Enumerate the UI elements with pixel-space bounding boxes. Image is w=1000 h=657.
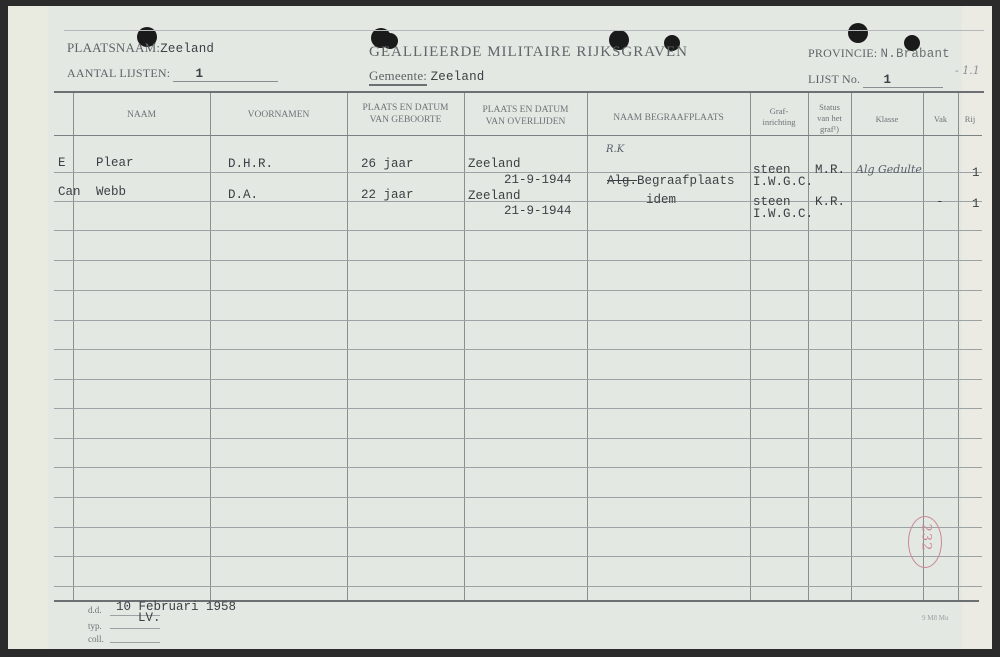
plaatsnaam-field: PLAATSNAAM:Zeeland bbox=[67, 40, 214, 56]
column-divider bbox=[464, 93, 465, 600]
row-1-grafinrichting-2: I.W.G.C. bbox=[753, 175, 813, 189]
provincie-label: PROVINCIE: bbox=[808, 46, 877, 60]
row-line bbox=[54, 438, 982, 439]
row-2-grafinrichting-2: I.W.G.C. bbox=[753, 207, 813, 221]
struck-text: Alg. bbox=[607, 174, 637, 188]
gemeente-label: Gemeente: bbox=[369, 68, 427, 86]
column-divider bbox=[347, 93, 348, 600]
column-header-overlijden: PLAATS EN DATUM VAN OVERLIJDEN bbox=[464, 104, 587, 128]
row-2-status: K.R. bbox=[815, 195, 845, 209]
header-line: graf¹) bbox=[808, 124, 851, 135]
provincie-field: PROVINCIE: N.Brabant bbox=[808, 46, 950, 61]
column-divider bbox=[808, 93, 809, 600]
column-divider bbox=[750, 93, 751, 600]
table-top-rule bbox=[54, 91, 984, 93]
lijst-value: 1 bbox=[863, 73, 943, 88]
gemeente-value: Zeeland bbox=[431, 70, 485, 84]
row-2-overlijden-date: 21-9-1944 bbox=[504, 204, 572, 218]
column-header-voornamen: VOORNAMEN bbox=[210, 109, 347, 121]
header-line: Status bbox=[808, 102, 851, 113]
row-line bbox=[54, 586, 982, 587]
row-line bbox=[54, 290, 982, 291]
scan-border bbox=[0, 649, 1000, 657]
header-line: PLAATS EN DATUM bbox=[347, 102, 464, 114]
row-1-overlijden-place: Zeeland bbox=[468, 157, 521, 171]
row-1-begraafplaats-annotation: R.K bbox=[606, 144, 624, 155]
coll-underline bbox=[110, 642, 160, 643]
typ-label: typ. bbox=[88, 621, 102, 631]
lijst-field: LIJST No. 1 bbox=[808, 72, 943, 88]
row-line bbox=[54, 527, 982, 528]
typ-underline bbox=[110, 628, 160, 629]
row-1-rij: 1 bbox=[972, 166, 980, 180]
row-2-prefix: Can bbox=[58, 185, 81, 199]
paper-edge bbox=[8, 6, 48, 649]
column-divider bbox=[851, 93, 852, 600]
row-2-overlijden-place: Zeeland bbox=[468, 189, 521, 203]
gemeente-field: Gemeente: Zeeland bbox=[369, 68, 484, 86]
row-1-overlijden-date: 21-9-1944 bbox=[504, 173, 572, 187]
margin-mark: - 1.1 bbox=[955, 64, 980, 77]
row-line bbox=[54, 320, 982, 321]
column-header-begraafplaats: NAAM BEGRAAFPLAATS bbox=[587, 112, 750, 124]
column-header-klasse: Klasse bbox=[851, 113, 923, 125]
document-title: GEALLIEERDE MILITAIRE RIJKSGRAVEN bbox=[369, 44, 688, 61]
row-1-prefix: E bbox=[58, 156, 66, 170]
top-rule bbox=[64, 30, 984, 31]
row-1-voornamen: D.H.R. bbox=[228, 157, 273, 171]
column-header-naam: NAAM bbox=[73, 109, 210, 121]
row-line bbox=[54, 408, 982, 409]
plaatsnaam-value: Zeeland bbox=[160, 42, 214, 56]
row-2-rij: 1 bbox=[972, 197, 980, 211]
row-2-naam: Webb bbox=[96, 185, 126, 199]
column-divider bbox=[587, 93, 588, 600]
column-divider bbox=[958, 93, 959, 600]
punch-hole bbox=[848, 23, 868, 43]
row-1-status: M.R. bbox=[815, 163, 845, 177]
header-line: Graf- bbox=[750, 106, 808, 117]
aantal-lijsten-field: AANTAL LIJSTEN: 1 bbox=[67, 66, 278, 82]
row-2-vak: - bbox=[936, 195, 944, 209]
header-bottom-rule bbox=[54, 135, 982, 136]
header-line: VAN GEBOORTE bbox=[347, 114, 464, 126]
row-line bbox=[54, 379, 982, 380]
row-1-geboorte: 26 jaar bbox=[361, 157, 414, 171]
row-2-voornamen: D.A. bbox=[228, 188, 258, 202]
dd-label: d.d. bbox=[88, 605, 102, 615]
column-divider bbox=[210, 93, 211, 600]
column-header-status: Status van het graf¹) bbox=[808, 102, 851, 135]
row-line bbox=[54, 497, 982, 498]
header-line: PLAATS EN DATUM bbox=[464, 104, 587, 116]
row-line bbox=[54, 556, 982, 557]
row-1-begraafplaats: Alg.Begraafplaats bbox=[592, 160, 735, 188]
header-line: inrichting bbox=[750, 117, 808, 128]
row-2-geboorte: 22 jaar bbox=[361, 188, 414, 202]
header-line: van het bbox=[808, 113, 851, 124]
paper-edge bbox=[962, 6, 992, 649]
row-line bbox=[54, 230, 982, 231]
dd-value: 10 Februari 1958 bbox=[116, 600, 236, 614]
aantal-lijsten-label: AANTAL LIJSTEN: bbox=[67, 66, 170, 80]
cemetery-name: Begraafplaats bbox=[637, 174, 735, 188]
aantal-lijsten-value: 1 bbox=[173, 67, 278, 82]
provincie-value: N.Brabant bbox=[881, 47, 950, 61]
row-line bbox=[54, 467, 982, 468]
typ-value: LV. bbox=[138, 611, 161, 625]
row-1-naam: Plear bbox=[96, 156, 134, 170]
column-divider bbox=[73, 93, 74, 600]
column-header-vak: Vak bbox=[923, 113, 958, 125]
row-line bbox=[54, 349, 982, 350]
column-header-geboorte: PLAATS EN DATUM VAN GEBOORTE bbox=[347, 102, 464, 126]
print-mark: 9 M8 Mu bbox=[922, 614, 948, 622]
row-line bbox=[54, 260, 982, 261]
stamp-number: 232 bbox=[918, 524, 933, 552]
header-line: VAN OVERLIJDEN bbox=[464, 116, 587, 128]
column-header-rij: Rij bbox=[958, 113, 982, 125]
coll-label: coll. bbox=[88, 634, 104, 644]
column-header-grafinrichting: Graf- inrichting bbox=[750, 106, 808, 128]
row-2-begraafplaats: idem bbox=[646, 193, 676, 207]
plaatsnaam-label: PLAATSNAAM: bbox=[67, 40, 160, 55]
row-1-klasse: Alg Gedulte bbox=[856, 163, 922, 176]
lijst-label: LIJST No. bbox=[808, 72, 860, 86]
